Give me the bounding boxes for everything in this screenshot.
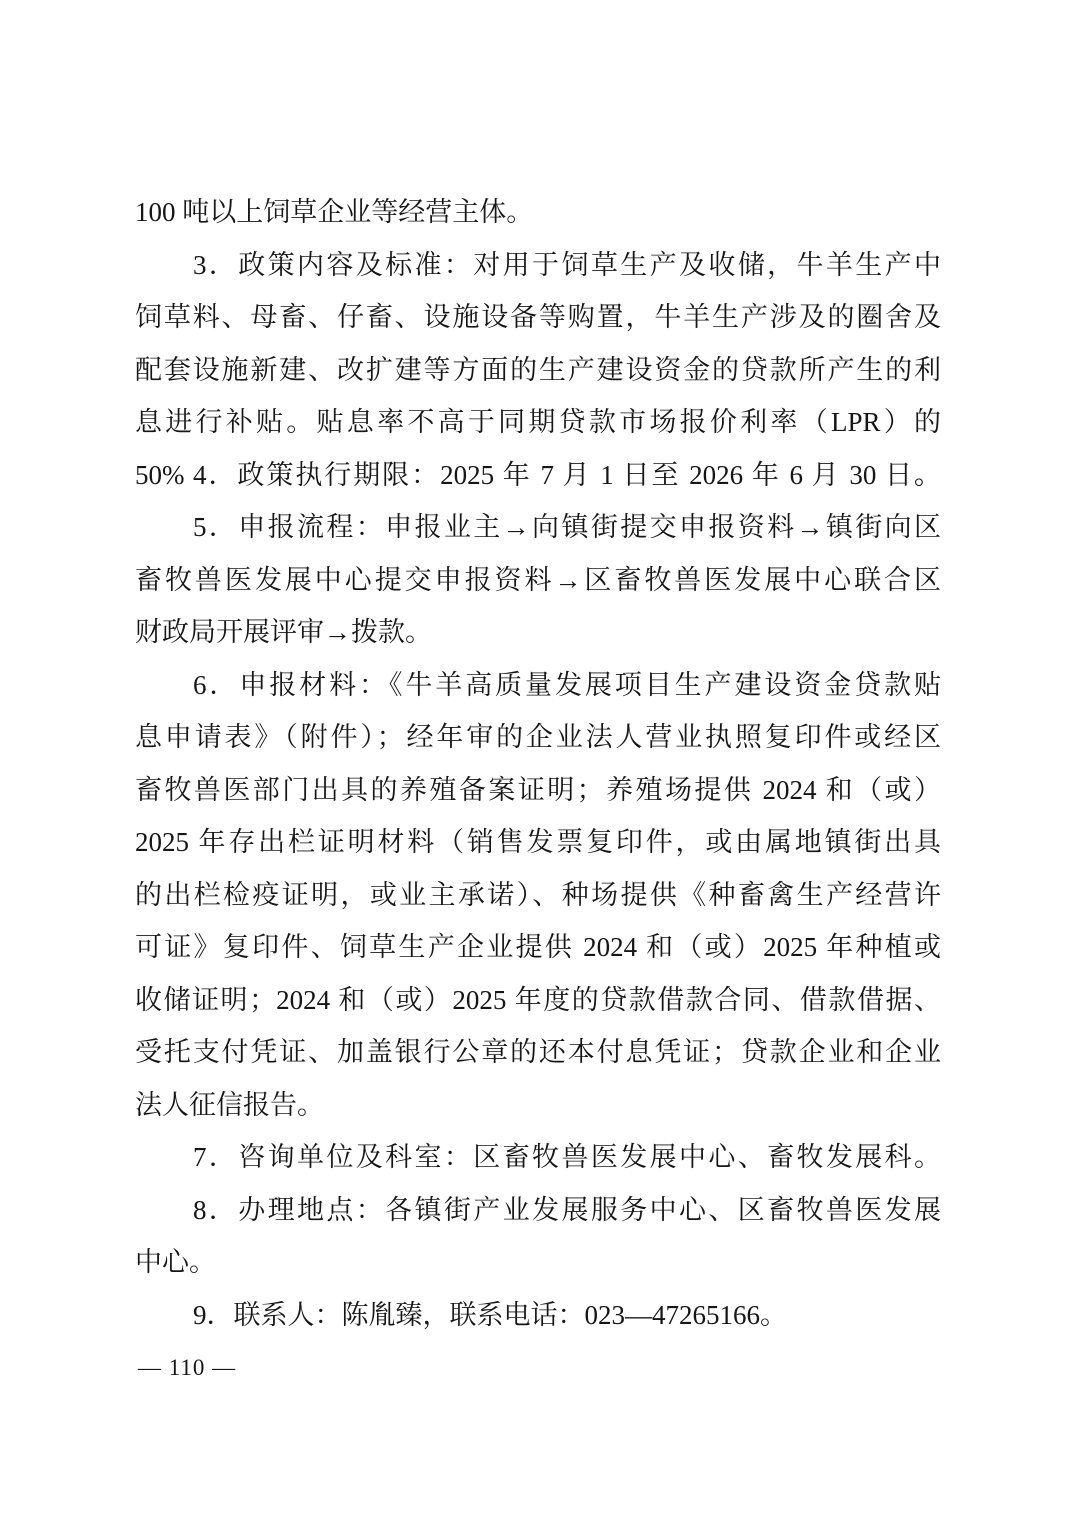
document-page: 100 吨以上饲草企业等经营主体。 3．政策内容及标准：对用于饲草生产及收储，牛…: [0, 0, 1074, 1520]
text-line: 7．咨询单位及科室：区畜牧兽医发展中心、畜牧发展科。: [135, 1131, 941, 1184]
text-line: 100 吨以上饲草企业等经营主体。: [135, 186, 941, 239]
text-line: 饲草料、母畜、仔畜、设施设备等购置，牛羊生产涉及的圈舍及: [135, 291, 941, 344]
text-line: 5．申报流程：申报业主→向镇街提交申报资料→镇街向区: [135, 501, 941, 554]
page-number: — 110 —: [138, 1352, 236, 1384]
text-line: 配套设施新建、改扩建等方面的生产建设资金的贷款所产生的利: [135, 344, 941, 397]
text-line: 畜牧兽医发展中心提交申报资料→区畜牧兽医发展中心联合区: [135, 554, 941, 607]
text-line: 息申请表》（附件）；经年审的企业法人营业执照复印件或经区: [135, 711, 941, 764]
text-line: 法人征信报告。: [135, 1079, 941, 1132]
text-line: 6．申报材料：《牛羊高质量发展项目生产建设资金贷款贴: [135, 659, 941, 712]
text-line: 2025 年存出栏证明材料（销售发票复印件，或由属地镇街出具: [135, 816, 941, 869]
document-body: 100 吨以上饲草企业等经营主体。 3．政策内容及标准：对用于饲草生产及收储，牛…: [135, 186, 941, 1341]
text-line: 息进行补贴。贴息率不高于同期贷款市场报价利率（LPR）的 50%。: [135, 396, 941, 449]
text-line: 可证》复印件、饲草生产企业提供 2024 和（或）2025 年种植或: [135, 921, 941, 974]
text-line: 4．政策执行期限：2025 年 7 月 1 日至 2026 年 6 月 30 日…: [135, 449, 941, 502]
text-line: 畜牧兽医部门出具的养殖备案证明；养殖场提供 2024 和（或）: [135, 764, 941, 817]
text-line: 9．联系人：陈胤臻，联系电话：023—47265166。: [135, 1289, 941, 1342]
text-line: 3．政策内容及标准：对用于饲草生产及收储，牛羊生产中: [135, 239, 941, 292]
text-line: 收储证明；2024 和（或）2025 年度的贷款借款合同、借款借据、: [135, 974, 941, 1027]
text-line: 财政局开展评审→拨款。: [135, 606, 941, 659]
text-line: 8．办理地点：各镇街产业发展服务中心、区畜牧兽医发展: [135, 1184, 941, 1237]
text-line: 中心。: [135, 1236, 941, 1289]
text-line: 的出栏检疫证明，或业主承诺）、种场提供《种畜禽生产经营许: [135, 869, 941, 922]
text-line: 受托支付凭证、加盖银行公章的还本付息凭证；贷款企业和企业: [135, 1026, 941, 1079]
